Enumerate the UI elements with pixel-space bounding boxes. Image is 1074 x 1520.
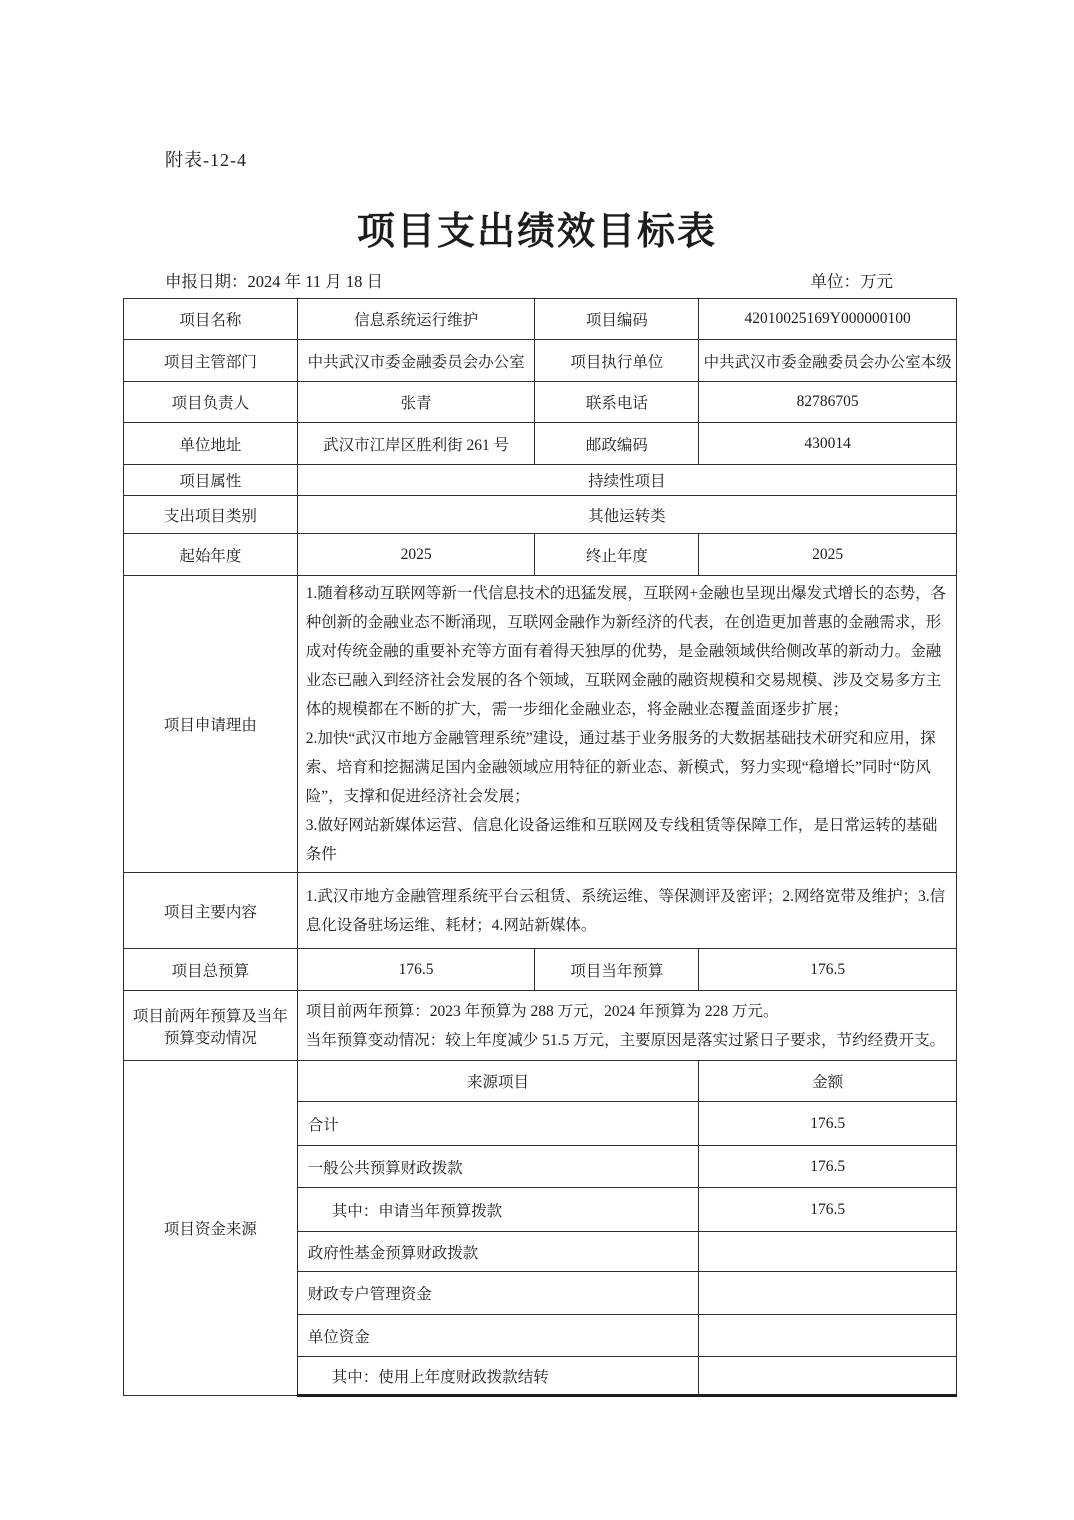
category-label: 支出项目类别	[124, 496, 298, 534]
phone-label: 联系电话	[535, 382, 699, 423]
table-row: 单位地址 武汉市江岸区胜利街 261 号 邮政编码 430014	[124, 423, 957, 465]
table-row: 项目总预算 176.5 项目当年预算 176.5	[124, 949, 957, 991]
page-title: 项目支出绩效目标表	[0, 200, 1074, 255]
reason-paragraph: 1.随着移动互联网等新一代信息技术的迅猛发展，互联网+金融也呈现出爆发式增长的态…	[306, 579, 948, 724]
project-name-value: 信息系统运行维护	[297, 299, 535, 340]
address-label: 单位地址	[124, 423, 298, 465]
funding-row-amount: 176.5	[699, 1102, 957, 1146]
dept-value: 中共武汉市委金融委员会办公室	[297, 340, 535, 382]
content-label: 项目主要内容	[124, 873, 298, 949]
meta-row: 申报日期：2024 年 11 月 18 日 单位：万元	[123, 268, 957, 292]
table-row: 项目资金来源 来源项目 金额	[124, 1061, 957, 1102]
reason-label: 项目申请理由	[124, 576, 298, 873]
postcode-value: 430014	[699, 423, 957, 465]
table-row: 项目申请理由 1.随着移动互联网等新一代信息技术的迅猛发展，互联网+金融也呈现出…	[124, 576, 957, 873]
performance-target-table: 项目名称 信息系统运行维护 项目编码 42010025169Y000000100…	[123, 298, 957, 1397]
year-budget-label: 项目当年预算	[535, 949, 699, 991]
content-text: 1.武汉市地方金融管理系统平台云租赁、系统运维、等保测评及密评；2.网络宽带及维…	[297, 873, 956, 949]
funding-row-name: 其中：使用上年度财政拨款结转	[297, 1357, 699, 1396]
total-budget-label: 项目总预算	[124, 949, 298, 991]
table-row: 支出项目类别 其他运转类	[124, 496, 957, 534]
table-row: 项目主管部门 中共武汉市委金融委员会办公室 项目执行单位 中共武汉市委金融委员会…	[124, 340, 957, 382]
funding-row-amount: 176.5	[699, 1188, 957, 1232]
phone-value: 82786705	[699, 382, 957, 423]
table-row: 项目名称 信息系统运行维护 项目编码 42010025169Y000000100	[124, 299, 957, 340]
exec-unit-label: 项目执行单位	[535, 340, 699, 382]
prev-budget-text: 项目前两年预算：2023 年预算为 288 万元，2024 年预算为 228 万…	[297, 991, 956, 1061]
exec-unit-value: 中共武汉市委金融委员会办公室本级	[699, 340, 957, 382]
end-year-label: 终止年度	[535, 534, 699, 576]
prev-budget-label: 项目前两年预算及当年预算变动情况	[124, 991, 298, 1061]
total-budget-value: 176.5	[297, 949, 535, 991]
form-code: 附表-12-4	[165, 146, 247, 172]
postcode-label: 邮政编码	[535, 423, 699, 465]
year-budget-value: 176.5	[699, 949, 957, 991]
funding-row-name: 单位资金	[297, 1315, 699, 1357]
funding-row-amount	[699, 1232, 957, 1272]
project-code-value: 42010025169Y000000100	[699, 299, 957, 340]
funding-row-name: 合计	[297, 1102, 699, 1146]
funding-row-name: 财政专户管理资金	[297, 1272, 699, 1315]
table-row: 起始年度 2025 终止年度 2025	[124, 534, 957, 576]
start-year-label: 起始年度	[124, 534, 298, 576]
funding-label: 项目资金来源	[124, 1061, 298, 1396]
reason-text: 1.随着移动互联网等新一代信息技术的迅猛发展，互联网+金融也呈现出爆发式增长的态…	[297, 576, 956, 873]
attribute-value: 持续性项目	[297, 465, 956, 496]
leader-value: 张青	[297, 382, 535, 423]
end-year-value: 2025	[699, 534, 957, 576]
table-row: 项目主要内容 1.武汉市地方金融管理系统平台云租赁、系统运维、等保测评及密评；2…	[124, 873, 957, 949]
address-value: 武汉市江岸区胜利街 261 号	[297, 423, 535, 465]
leader-label: 项目负责人	[124, 382, 298, 423]
declare-date: 申报日期：2024 年 11 月 18 日	[123, 268, 383, 292]
table-row: 项目负责人 张青 联系电话 82786705	[124, 382, 957, 423]
prev-budget-line: 项目前两年预算：2023 年预算为 288 万元，2024 年预算为 228 万…	[306, 997, 948, 1026]
unit-label: 单位：万元	[811, 268, 958, 292]
dept-label: 项目主管部门	[124, 340, 298, 382]
funding-row-amount	[699, 1272, 957, 1315]
project-name-label: 项目名称	[124, 299, 298, 340]
prev-budget-line: 当年预算变动情况：较上年度减少 51.5 万元，主要原因是落实过紧日子要求，节约…	[306, 1026, 948, 1055]
reason-paragraph: 3.做好网站新媒体运营、信息化设备运维和互联网及专线租赁等保障工作，是日常运转的…	[306, 811, 948, 869]
reason-paragraph: 2.加快“武汉市地方金融管理系统”建设，通过基于业务服务的大数据基础技术研究和应…	[306, 724, 948, 811]
project-code-label: 项目编码	[535, 299, 699, 340]
funding-row-name: 一般公共预算财政拨款	[297, 1146, 699, 1188]
funding-row-amount: 176.5	[699, 1146, 957, 1188]
document-page: 附表-12-4 项目支出绩效目标表 申报日期：2024 年 11 月 18 日 …	[0, 0, 1074, 1520]
table-row: 项目属性 持续性项目	[124, 465, 957, 496]
category-value: 其他运转类	[297, 496, 956, 534]
table-row: 项目前两年预算及当年预算变动情况 项目前两年预算：2023 年预算为 288 万…	[124, 991, 957, 1061]
funding-row-amount	[699, 1315, 957, 1357]
attribute-label: 项目属性	[124, 465, 298, 496]
funding-amount-header: 金额	[699, 1061, 957, 1102]
funding-source-header: 来源项目	[297, 1061, 699, 1102]
funding-row-name: 其中：申请当年预算拨款	[297, 1188, 699, 1232]
start-year-value: 2025	[297, 534, 535, 576]
funding-row-name: 政府性基金预算财政拨款	[297, 1232, 699, 1272]
funding-row-amount	[699, 1357, 957, 1396]
